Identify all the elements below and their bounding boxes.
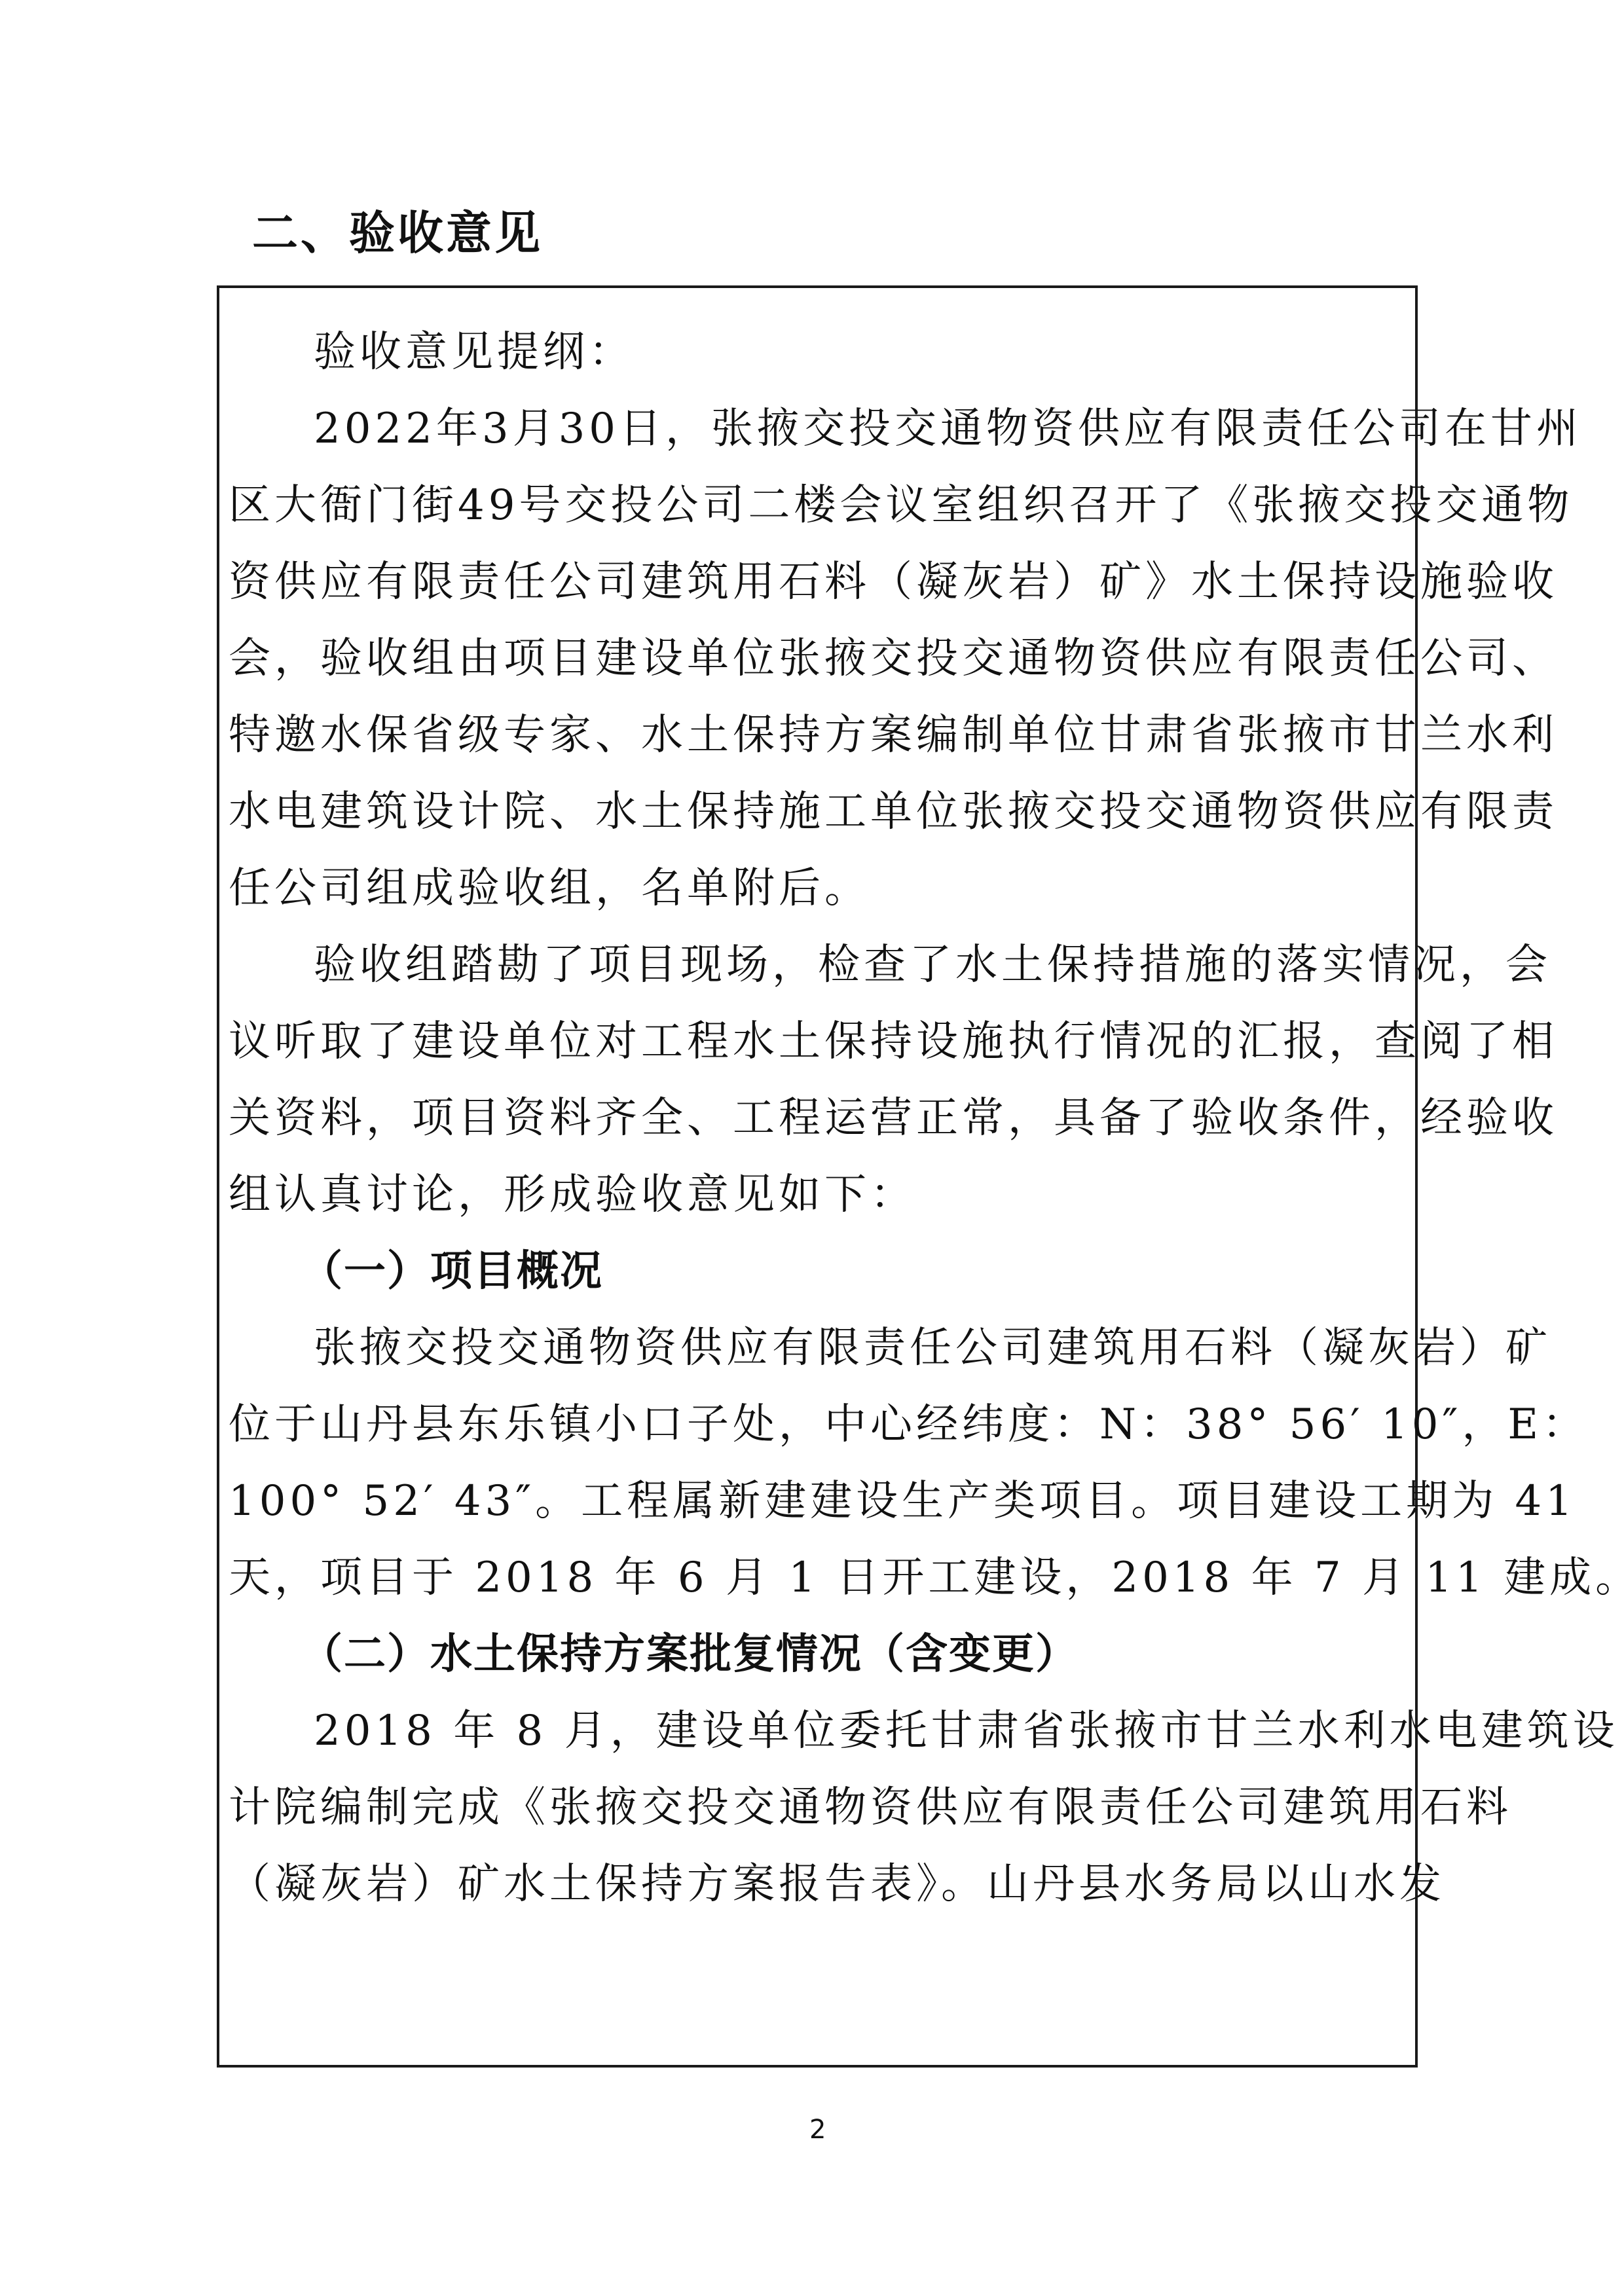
acceptance-opinion-box: 验收意见提纲： 2022年3月30日，张掖交投交通物资供应有限责任公司在甘州 区…: [217, 285, 1418, 2068]
paragraph-line: 2022年3月30日，张掖交投交通物资供应有限责任公司在甘州: [229, 391, 1407, 467]
paragraph-line: 关资料，项目资料齐全、工程运营正常，具备了验收条件，经验收: [229, 1080, 1407, 1157]
section-title: 二、验收意见: [252, 196, 543, 263]
paragraph-line: 位于山丹县东乐镇小口子处，中心经纬度：N：38° 56′ 10″，E：: [229, 1387, 1407, 1463]
paragraph-line: 组认真讨论，形成验收意见如下：: [229, 1157, 1407, 1233]
paragraph-line: 验收组踏勘了项目现场，检查了水土保持措施的落实情况，会: [229, 927, 1407, 1004]
paragraph-line: 资供应有限责任公司建筑用石料（凝灰岩）矿》水土保持设施验收: [229, 544, 1407, 621]
paragraph-line: 天，项目于 2018 年 6 月 1 日开工建设，2018 年 7 月 11 建…: [229, 1540, 1407, 1616]
subsection-title: （二）水土保持方案批复情况（含变更）: [229, 1616, 1407, 1693]
box-content: 验收意见提纲： 2022年3月30日，张掖交投交通物资供应有限责任公司在甘州 区…: [229, 314, 1407, 1923]
paragraph-line: （凝灰岩）矿水土保持方案报告表》。山丹县水务局以山水发: [229, 1846, 1407, 1923]
paragraph-line: 水电建筑设计院、水土保持施工单位张掖交投交通物资供应有限责: [229, 774, 1407, 850]
paragraph-line: 特邀水保省级专家、水土保持方案编制单位甘肃省张掖市甘兰水利: [229, 697, 1407, 774]
paragraph-line: 计院编制完成《张掖交投交通物资供应有限责任公司建筑用石料: [229, 1770, 1407, 1846]
paragraph-line: 100° 52′ 43″。工程属新建建设生产类项目。项目建设工期为 41: [229, 1463, 1407, 1540]
subsection-title: （一）项目概况: [229, 1233, 1407, 1310]
paragraph-line: 议听取了建设单位对工程水土保持设施执行情况的汇报，查阅了相: [229, 1004, 1407, 1080]
paragraph-line: 张掖交投交通物资供应有限责任公司建筑用石料（凝灰岩）矿: [229, 1310, 1407, 1387]
paragraph-line: 会，验收组由项目建设单位张掖交投交通物资供应有限责任公司、: [229, 621, 1407, 697]
paragraph-line: 2018 年 8 月，建设单位委托甘肃省张掖市甘兰水利水电建筑设: [229, 1693, 1407, 1770]
paragraph-line: 区大衙门街49号交投公司二楼会议室组织召开了《张掖交投交通物: [229, 467, 1407, 544]
outline-label: 验收意见提纲：: [229, 314, 1407, 391]
page-number: 2: [809, 2115, 826, 2145]
paragraph-line: 任公司组成验收组，名单附后。: [229, 850, 1407, 927]
